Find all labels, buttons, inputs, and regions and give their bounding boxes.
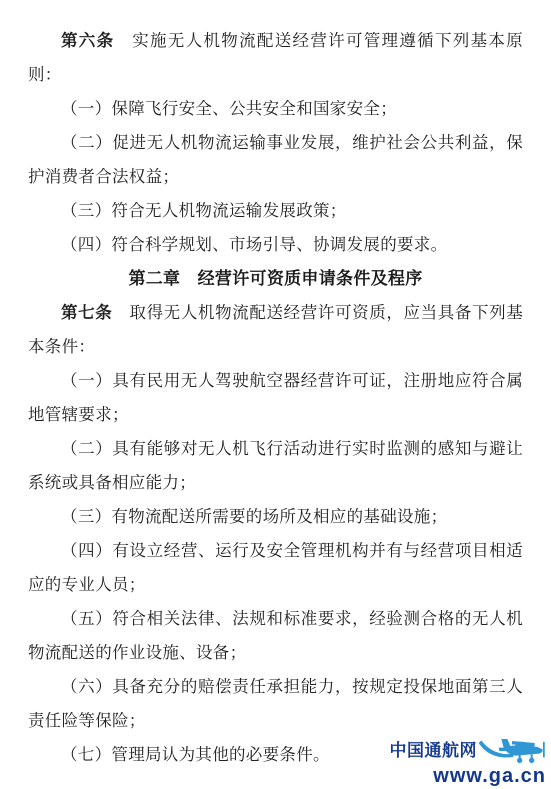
- article-7-item-3: （三）有物流配送所需要的场所及相应的基础设施；: [28, 500, 523, 534]
- chapter-2-heading: 第二章 经营许可资质申请条件及程序: [28, 262, 523, 296]
- article-6-item-1: （一）保障飞行安全、公共安全和国家安全；: [28, 92, 523, 126]
- article-6-item-4: （四）符合科学规划、市场引导、协调发展的要求。: [28, 228, 523, 262]
- airplane-icon: [478, 735, 546, 765]
- article-6-clause: 第六条 实施无人机物流配送经营许可管理遵循下列基本原则：: [28, 24, 523, 92]
- article-7-item-6: （六）具备充分的赔偿责任承担能力，按规定投保地面第三人责任险等保险；: [28, 670, 523, 738]
- cga-logo-site-name: 中国通航网: [390, 742, 478, 759]
- cga-watermark-logo: 中国通航网: [390, 735, 547, 786]
- cga-logo-top-row: 中国通航网: [390, 735, 547, 765]
- article-7-item-5: （五）符合相关法律、法规和标准要求，经验测合格的无人机物流配送的作业设施、设备；: [28, 602, 523, 670]
- article-6-item-3: （三）符合无人机物流运输发展政策；: [28, 194, 523, 228]
- article-7-number: 第七条: [61, 304, 112, 322]
- document-page: 第六条 实施无人机物流配送经营许可管理遵循下列基本原则： （一）保障飞行安全、公…: [0, 0, 551, 789]
- article-6-item-2: （二）促进无人机物流运输事业发展，维护社会公共利益，保护消费者合法权益；: [28, 126, 523, 194]
- cga-logo-site-url: www.ga.cn: [390, 766, 547, 786]
- article-7-item-4: （四）有设立经营、运行及安全管理机构并有与经营项目相适应的专业人员；: [28, 534, 523, 602]
- article-7-item-1: （一）具有民用无人驾驶航空器经营许可证，注册地应符合属地管辖要求；: [28, 364, 523, 432]
- article-7-clause: 第七条 取得无人机物流配送经营许可资质，应当具备下列基本条件：: [28, 296, 523, 364]
- article-7-item-2: （二）具有能够对无人机飞行活动进行实时监测的感知与避让系统或具备相应能力；: [28, 432, 523, 500]
- article-6-number: 第六条: [61, 32, 114, 50]
